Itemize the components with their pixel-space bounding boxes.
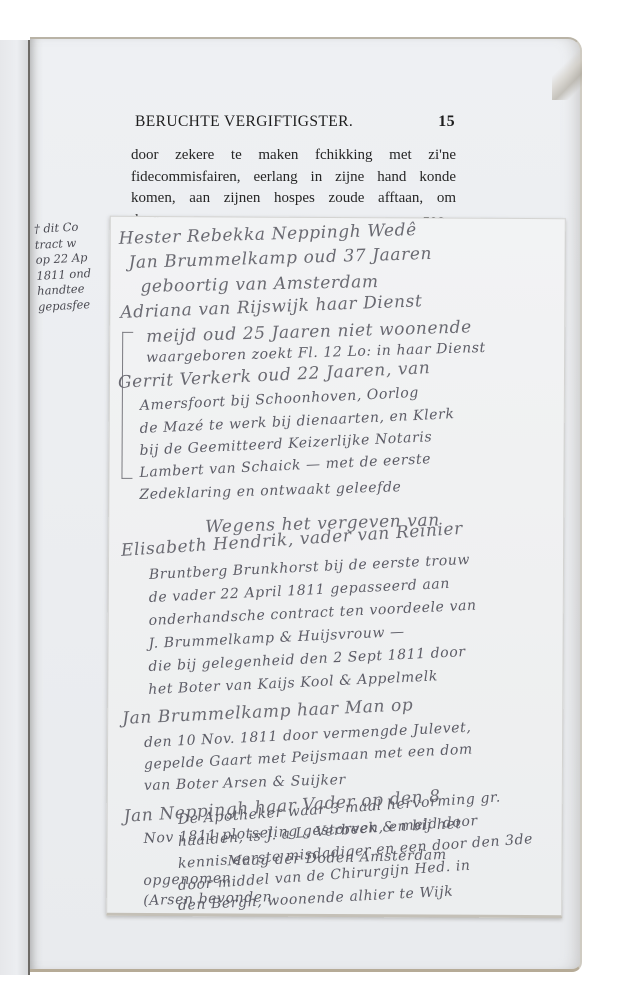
book-photograph: BERUCHTE VERGIFTIGSTER. 15 door zekere t… bbox=[0, 0, 632, 1000]
manuscript-line: Zedeklaring en ontwaakt geleefde bbox=[139, 479, 402, 503]
manuscript-line: Hester Rebekka Neppingh Wedê bbox=[118, 220, 417, 249]
page-number: 15 bbox=[438, 113, 455, 131]
printed-line: fidecommisfairen, eerlang in zijne hand … bbox=[131, 167, 456, 189]
worn-corner bbox=[552, 40, 582, 100]
manuscript-lower-block: De Apotheker waar 3 maal hervorming gr. … bbox=[108, 790, 564, 918]
manuscript-line: geboortig van Amsterdam bbox=[140, 272, 379, 297]
margin-handwritten-note: † dit Co tract w op 22 Ap 1811 ond handt… bbox=[34, 218, 111, 315]
printed-line: door zekere te maken fchikking met zi'ne bbox=[131, 145, 456, 167]
running-head-title: BERUCHTE VERGIFTIGSTER. bbox=[135, 113, 353, 131]
left-page-edge bbox=[0, 40, 30, 975]
printed-body-text: door zekere te maken fchikking met zi'ne… bbox=[131, 145, 456, 219]
bracket-mark bbox=[121, 332, 133, 479]
printed-line: komen, aan zijnen hospes zoude afftaan, … bbox=[131, 188, 456, 210]
manuscript-line: Jan Brummelkamp oud 37 Jaaren bbox=[128, 244, 432, 273]
running-head: BERUCHTE VERGIFTIGSTER. 15 bbox=[135, 113, 455, 131]
